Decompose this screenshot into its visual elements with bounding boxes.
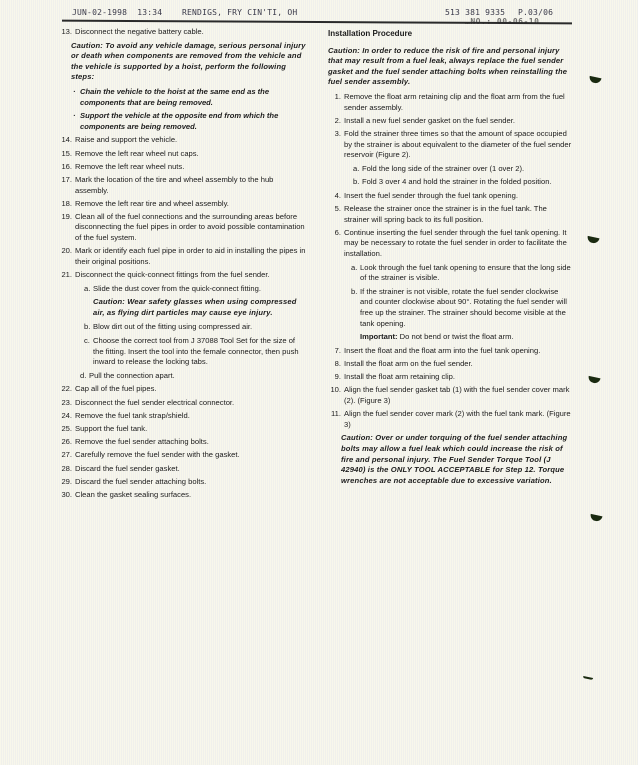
bullet-icon: · [73, 111, 80, 132]
step-3-substeps: a. Fold the long side of the strainer ov… [341, 164, 573, 188]
step-25: 25.Support the fuel tank. [57, 424, 307, 435]
substep-b: b. If the strainer is not visible, rotat… [351, 287, 573, 329]
step-6-substeps: a. Look through the fuel tank opening to… [339, 263, 573, 343]
fax-header: JUN-02-1998 13:34 RENDIGS, FRY CIN'TI, O… [0, 8, 638, 20]
fax-date: JUN-02-1998 13:34 [72, 8, 162, 17]
step-3: 3. Fold the strainer three times so that… [328, 129, 573, 161]
step-29: 29.Discard the fuel sender attaching bol… [57, 477, 307, 488]
caution-safety-glasses: Caution: Wear safety glasses when using … [93, 297, 307, 318]
caution-torque: Caution: Over or under torquing of the f… [341, 433, 573, 486]
substep-a: a. Look through the fuel tank opening to… [351, 263, 573, 284]
step-5: 5. Release the strainer once the straine… [328, 204, 573, 225]
step-20: 20.Mark or identify each fuel pipe in or… [57, 246, 307, 267]
caution-fuel-leak: Caution: In order to reduce the risk of … [328, 46, 573, 88]
step-14: 14.Raise and support the vehicle. [57, 135, 307, 146]
step-21: 21. Disconnect the quick-connect fitting… [57, 270, 307, 281]
step-26: 26.Remove the fuel sender attaching bolt… [57, 437, 307, 448]
step-2: 2. Install a new fuel sender gasket on t… [328, 116, 573, 127]
bullet-chain: · Chain the vehicle to the hoist at the … [73, 87, 307, 108]
fax-page-number: P.03/06 [518, 8, 553, 17]
scan-mark-icon [588, 376, 601, 384]
step-18: 18.Remove the left rear tire and wheel a… [57, 199, 307, 210]
caution-hoist: Caution: To avoid any vehicle damage, se… [71, 41, 307, 83]
substep-b: b. Blow dirt out of the fitting using co… [84, 322, 307, 333]
fax-sender: RENDIGS, FRY CIN'TI, OH [182, 8, 297, 17]
step-23: 23.Disconnect the fuel sender electrical… [57, 398, 307, 409]
step-7: 7.Insert the float and the float arm int… [328, 346, 573, 357]
step-16: 16.Remove the left rear wheel nuts. [57, 162, 307, 173]
step-19: 19.Clean all of the fuel connections and… [57, 212, 307, 244]
removal-column: 13. Disconnect the negative battery cabl… [57, 27, 307, 503]
step-6: 6. Continue inserting the fuel sender th… [328, 228, 573, 260]
step-8: 8.Install the float arm on the fuel send… [328, 359, 573, 370]
step-17: 17.Mark the location of the tire and whe… [57, 175, 307, 196]
bullet-icon: · [73, 87, 80, 108]
substep-d: d. Pull the connection apart. [80, 371, 307, 382]
step-13: 13. Disconnect the negative battery cabl… [57, 27, 307, 38]
scan-mark-icon [583, 676, 593, 680]
scan-mark-icon [589, 76, 602, 84]
scan-mark-icon [587, 236, 600, 244]
step-27: 27.Carefully remove the fuel sender with… [57, 450, 307, 461]
substep-a: a. Slide the dust cover from the quick-c… [84, 284, 307, 295]
step-22: 22.Cap all of the fuel pipes. [57, 384, 307, 395]
important-note: Important: Do not bend or twist the floa… [360, 332, 573, 343]
installation-column: Installation Procedure Caution: In order… [328, 29, 573, 490]
step-21-substeps: a. Slide the dust cover from the quick-c… [72, 284, 307, 382]
step-24: 24.Remove the fuel tank strap/shield. [57, 411, 307, 422]
step-1: 1. Remove the float arm retaining clip a… [328, 92, 573, 113]
step-30: 30.Clean the gasket sealing surfaces. [57, 490, 307, 501]
fax-phone: 513 381 9335 [445, 8, 505, 17]
step-10: 10.Align the fuel sender gasket tab (1) … [328, 385, 573, 406]
substep-a: a. Fold the long side of the strainer ov… [353, 164, 573, 175]
step-9: 9.Install the float arm retaining clip. [328, 372, 573, 383]
step-15: 15.Remove the left rear wheel nut caps. [57, 149, 307, 160]
step-28: 28.Discard the fuel sender gasket. [57, 464, 307, 475]
step-11: 11.Align the fuel sender cover mark (2) … [328, 409, 573, 430]
section-title: Installation Procedure [328, 29, 573, 40]
scan-mark-icon [590, 514, 603, 522]
step-4: 4. Insert the fuel sender through the fu… [328, 191, 573, 202]
substep-b: b. Fold 3 over 4 and hold the strainer i… [353, 177, 573, 188]
substep-c: c. Choose the correct tool from J 37088 … [84, 336, 307, 368]
bullet-support: · Support the vehicle at the opposite en… [73, 111, 307, 132]
